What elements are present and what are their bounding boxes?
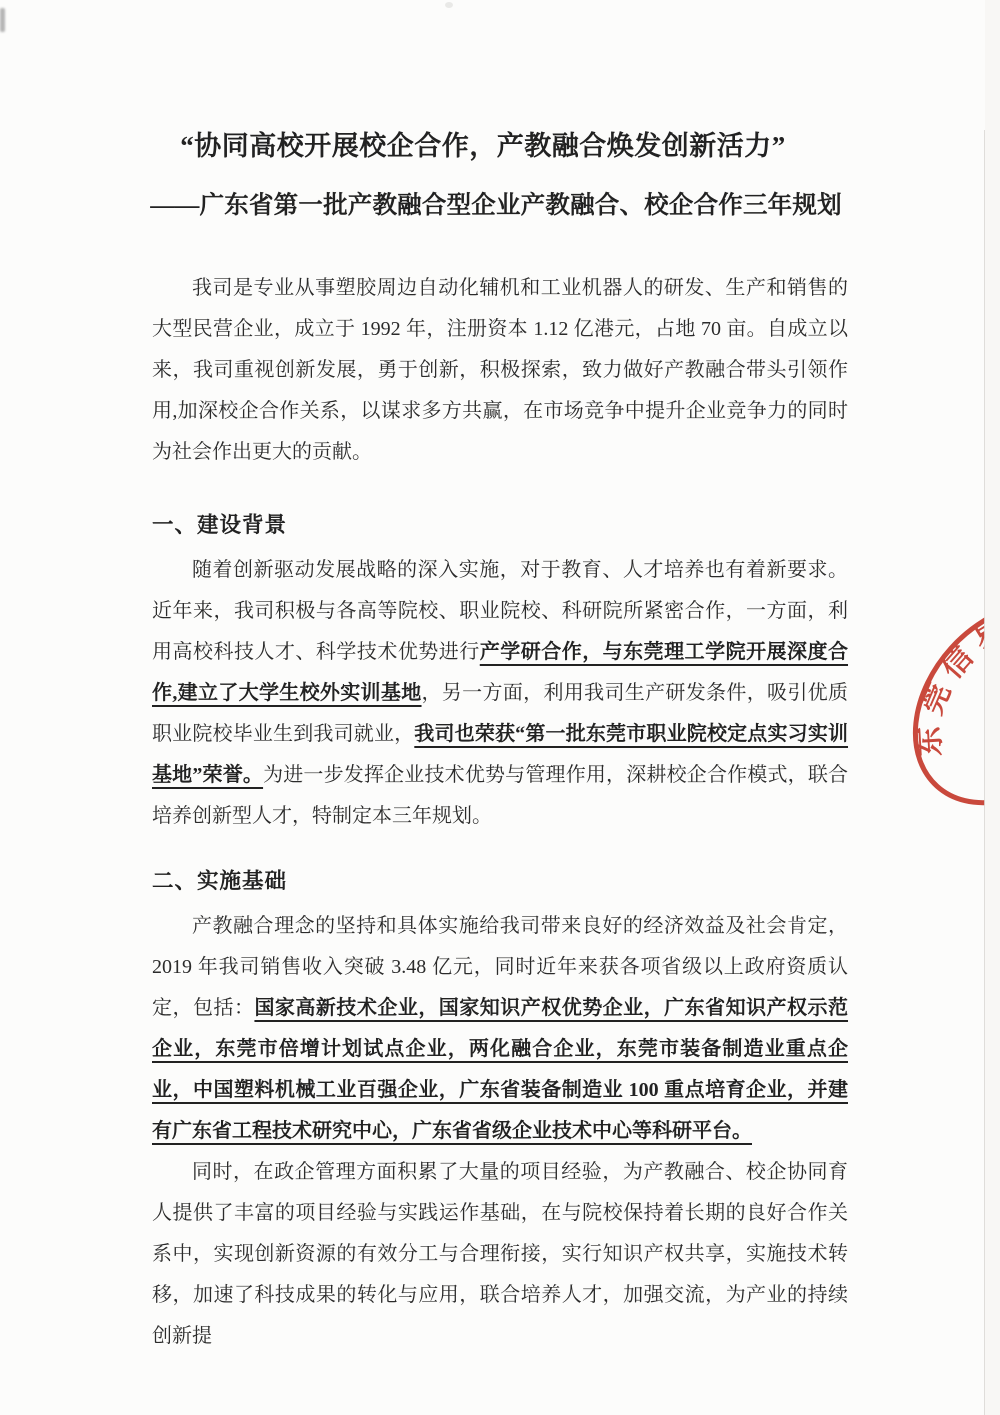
section-background-paragraph-block: 随着创新驱动发展战略的深入实施，对于教育、人才培养也有着新要求。近年来，我司积极… xyxy=(152,550,848,837)
scan-gutter xyxy=(985,0,1000,1415)
paragraph: 随着创新驱动发展战略的深入实施，对于教育、人才培养也有着新要求。近年来，我司积极… xyxy=(152,550,848,837)
paragraph: 我司是专业从事塑胶周边自动化辅机和工业机器人的研发、生产和销售的大型民营企业，成… xyxy=(152,268,848,473)
intro-paragraph-block: 我司是专业从事塑胶周边自动化辅机和工业机器人的研发、生产和销售的大型民营企业，成… xyxy=(152,268,848,473)
document-subtitle: ——广东省第一批产教融合型企业产教融合、校企合作三年规划 xyxy=(140,186,852,221)
paragraph: 同时，在政企管理方面积累了大量的项目经验，为产教融合、校企协同育人提供了丰富的项… xyxy=(152,1152,848,1357)
page-sheet: “协同高校开展校企合作，产教融合焕发创新活力” ——广东省第一批产教融合型企业产… xyxy=(0,0,985,1415)
body-text: 同时，在政企管理方面积累了大量的项目经验，为产教融合、校企协同育人提供了丰富的项… xyxy=(152,1161,848,1347)
document-title: “协同高校开展校企合作，产教融合焕发创新活力” xyxy=(133,124,833,163)
section-heading-background: 一、建设背景 xyxy=(152,508,848,539)
section-heading-implementation-basis: 二、实施基础 xyxy=(152,864,848,895)
section-implementation-paragraph-block: 产教融合理念的坚持和具体实施给我司带来良好的经济效益及社会肯定，2019 年我司… xyxy=(152,906,848,1357)
body-text: 我司是专业从事塑胶周边自动化辅机和工业机器人的研发、生产和销售的大型民营企业，成… xyxy=(152,277,848,463)
paragraph: 产教融合理念的坚持和具体实施给我司带来良好的经济效益及社会肯定，2019 年我司… xyxy=(152,906,848,1152)
emphasized-underlined-text: 国家高新技术企业，国家知识产权优势企业，广东省知识产权示范企业，东莞市倍增计划试… xyxy=(152,997,848,1142)
scan-artifact-top-dot xyxy=(445,2,453,8)
scan-artifact-top-left xyxy=(0,8,5,32)
stamp-arc-text: 东莞信易电 xyxy=(878,570,985,773)
